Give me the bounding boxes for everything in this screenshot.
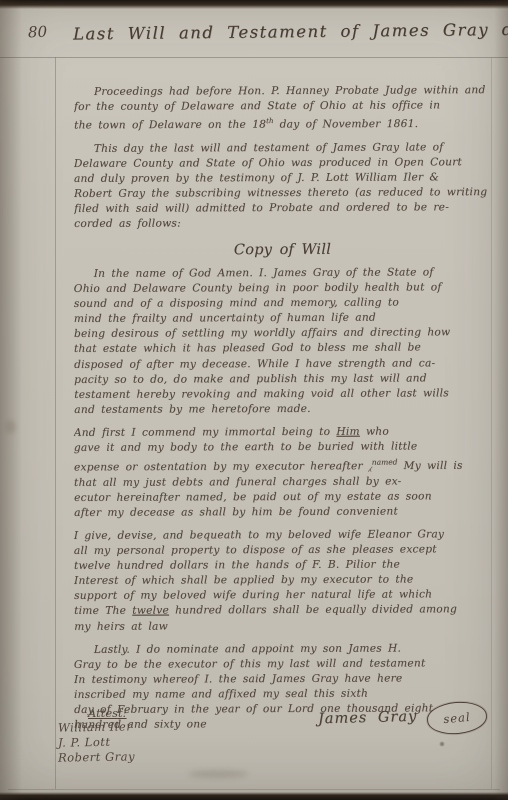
manuscript-line: Delaware County and State of Ohio was pr… [74,155,491,172]
seal-stamp: seal [426,699,489,736]
devise-paragraph: I give, devise, and bequeath to my belov… [74,527,491,634]
photo-edge-top [0,0,508,9]
signature-area: James Gray seal Attest: William Iler J. … [30,700,491,780]
ledger-rule-horizontal-bottom [8,789,500,790]
probate-order-paragraph: This day the last will and testament of … [74,140,491,232]
manuscript-line: my heirs at law [74,618,491,635]
manuscript-line: ecutor hereinafter named, be paid out of… [74,489,491,506]
manuscript-line: time The twelve hundred dollars shall be… [74,603,491,620]
ledger-rule-horizontal-top [0,57,508,58]
manuscript-line: Robert Gray the subscribing witnesses th… [74,185,491,202]
manuscript-body: Proceedings had before Hon. P. Hanney Pr… [74,84,491,741]
signature-row: James Gray seal [318,702,487,734]
manuscript-line: testament hereby revoking and making voi… [74,386,491,403]
copy-of-will-heading: Copy of Will [74,238,491,262]
manuscript-line: filed with said will) admitted to Probat… [74,200,491,217]
attest-label: Attest: [88,706,135,720]
photo-edge-right [494,0,508,800]
manuscript-line: and testaments by me heretofore made. [74,401,491,418]
witness-signature: Robert Gray [58,749,135,765]
manuscript-line: all my personal property to dispose of a… [74,543,491,560]
manuscript-page-photo: 80 Last Will and Testament of James Gray… [0,0,508,800]
proceedings-paragraph: Proceedings had before Hon. P. Hanney Pr… [74,83,491,134]
witness-signature: J. P. Lott [58,734,135,750]
manuscript-line: Ohio and Delaware County being in poor b… [74,281,491,298]
seal-label: seal [443,710,471,726]
manuscript-line: for the county of Delaware and State of … [74,98,491,115]
manuscript-line: being desirous of settling my worldly af… [74,326,491,343]
witness-signature: William Iler [58,719,135,735]
photo-edge-bottom [0,792,508,800]
first-bequest-paragraph: And first I commend my immortal being to… [74,424,491,521]
attestation-block: Attest: William Iler J. P. Lott Robert G… [58,706,135,765]
ledger-rule-vertical-right [491,57,492,789]
page-number: 80 [28,23,48,42]
manuscript-line: disposed of after my decease. While I ha… [74,356,491,373]
testator-signature: James Gray [318,709,418,728]
document-title: Last Will and Testament of James Gray de… [73,19,508,43]
page-header: 80 Last Will and Testament of James Gray… [28,22,488,41]
manuscript-line: the town of Delaware on the 18th day of … [74,113,491,133]
manuscript-line: This day the last will and testament of … [74,140,491,157]
preamble-paragraph: In the name of God Amen. I. James Gray o… [74,265,492,418]
manuscript-line: corded as follows: [74,215,491,232]
manuscript-line: Copy of Will [74,238,491,262]
manuscript-line: and duly proven by the testimony of J. P… [74,170,491,187]
ledger-rule-vertical-left [55,57,56,789]
manuscript-line: after my decease as shall by him be foun… [74,504,491,521]
manuscript-line: expense or ostentation by my executor he… [74,455,491,476]
photo-edge-left [0,0,22,800]
